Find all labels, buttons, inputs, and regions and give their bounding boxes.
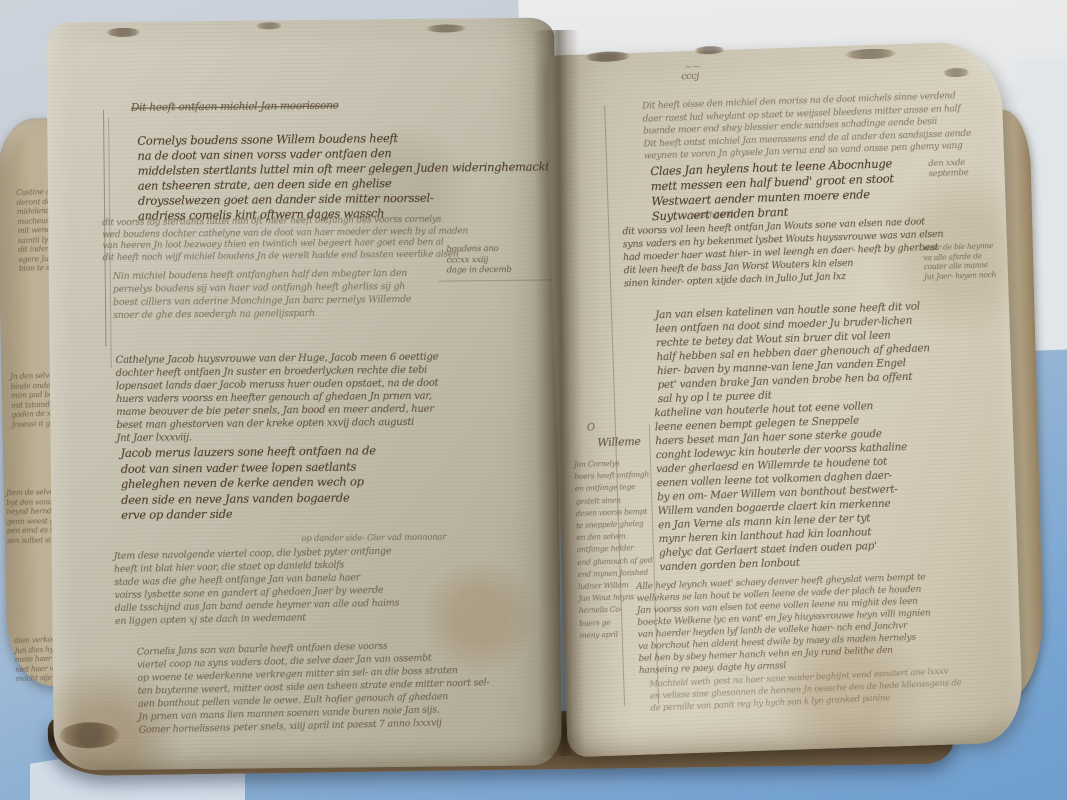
worn-spot [256, 22, 282, 29]
right-paragraph-1: Dit heeft oisse den michiel den moriss n… [642, 88, 1014, 163]
folio-number: cccj [681, 71, 699, 83]
right-paragraph-6: Alle heyd leynch waet' schaey denver hee… [636, 568, 1039, 677]
worn-spot [694, 46, 724, 55]
right-paragraph-5: katheline van houterle hout tot eene vol… [654, 394, 1019, 574]
left-paragraph-7: Cornelis Jans son van baurle heeft ontfa… [137, 635, 579, 737]
worn-spot [584, 51, 630, 63]
right-paragraph-3-side-note: waer de bie heynne va alle afsrde de cou… [923, 240, 1014, 281]
right-paragraph-2-date: den xxde septembe [928, 157, 1005, 180]
right-margin-heading: Willeme [597, 435, 641, 449]
right-page: ⁓⁓ cccj Dit heeft oisse den michiel den … [544, 41, 1023, 758]
left-paragraph-5: Jacob merus lauzers sone heeft ontfaen n… [121, 442, 482, 523]
worn-corner [59, 722, 119, 749]
worn-spot [106, 28, 140, 37]
left-paragraph-6: Jtem dese navolgende viertel coop, die l… [114, 542, 555, 628]
right-margin-mark: O [587, 422, 595, 433]
right-paragraph-4: Jan van elsen katelinen van houtle sone … [655, 296, 1028, 406]
right-paragraph-3-label: naschgend [692, 210, 734, 220]
left-page: Dit heeft ontfaen michiel Jan moorissone… [46, 17, 562, 770]
left-paragraph-6-header-note: op dander side- Gier vad monnonar [301, 533, 446, 545]
left-paragraph-4: Cathelyne Jacob huysvrouwe van der Huge,… [116, 349, 557, 445]
left-paragraph-3: Nin michiel boudens heeft ontfanghen hal… [113, 266, 504, 322]
worn-spot [426, 24, 466, 32]
worn-spot [844, 48, 896, 60]
left-paragraph-1: Cornelys boudens ssone Willem boudens he… [137, 129, 558, 223]
left-page-heading: Dit heeft ontfaen michiel Jan moorissone [131, 100, 339, 114]
photo-of-manuscript: { "colors": { "backdrop_top": "#cdd3db",… [0, 0, 1067, 800]
book-gutter-shadow [533, 30, 585, 756]
worn-spot [943, 68, 969, 78]
